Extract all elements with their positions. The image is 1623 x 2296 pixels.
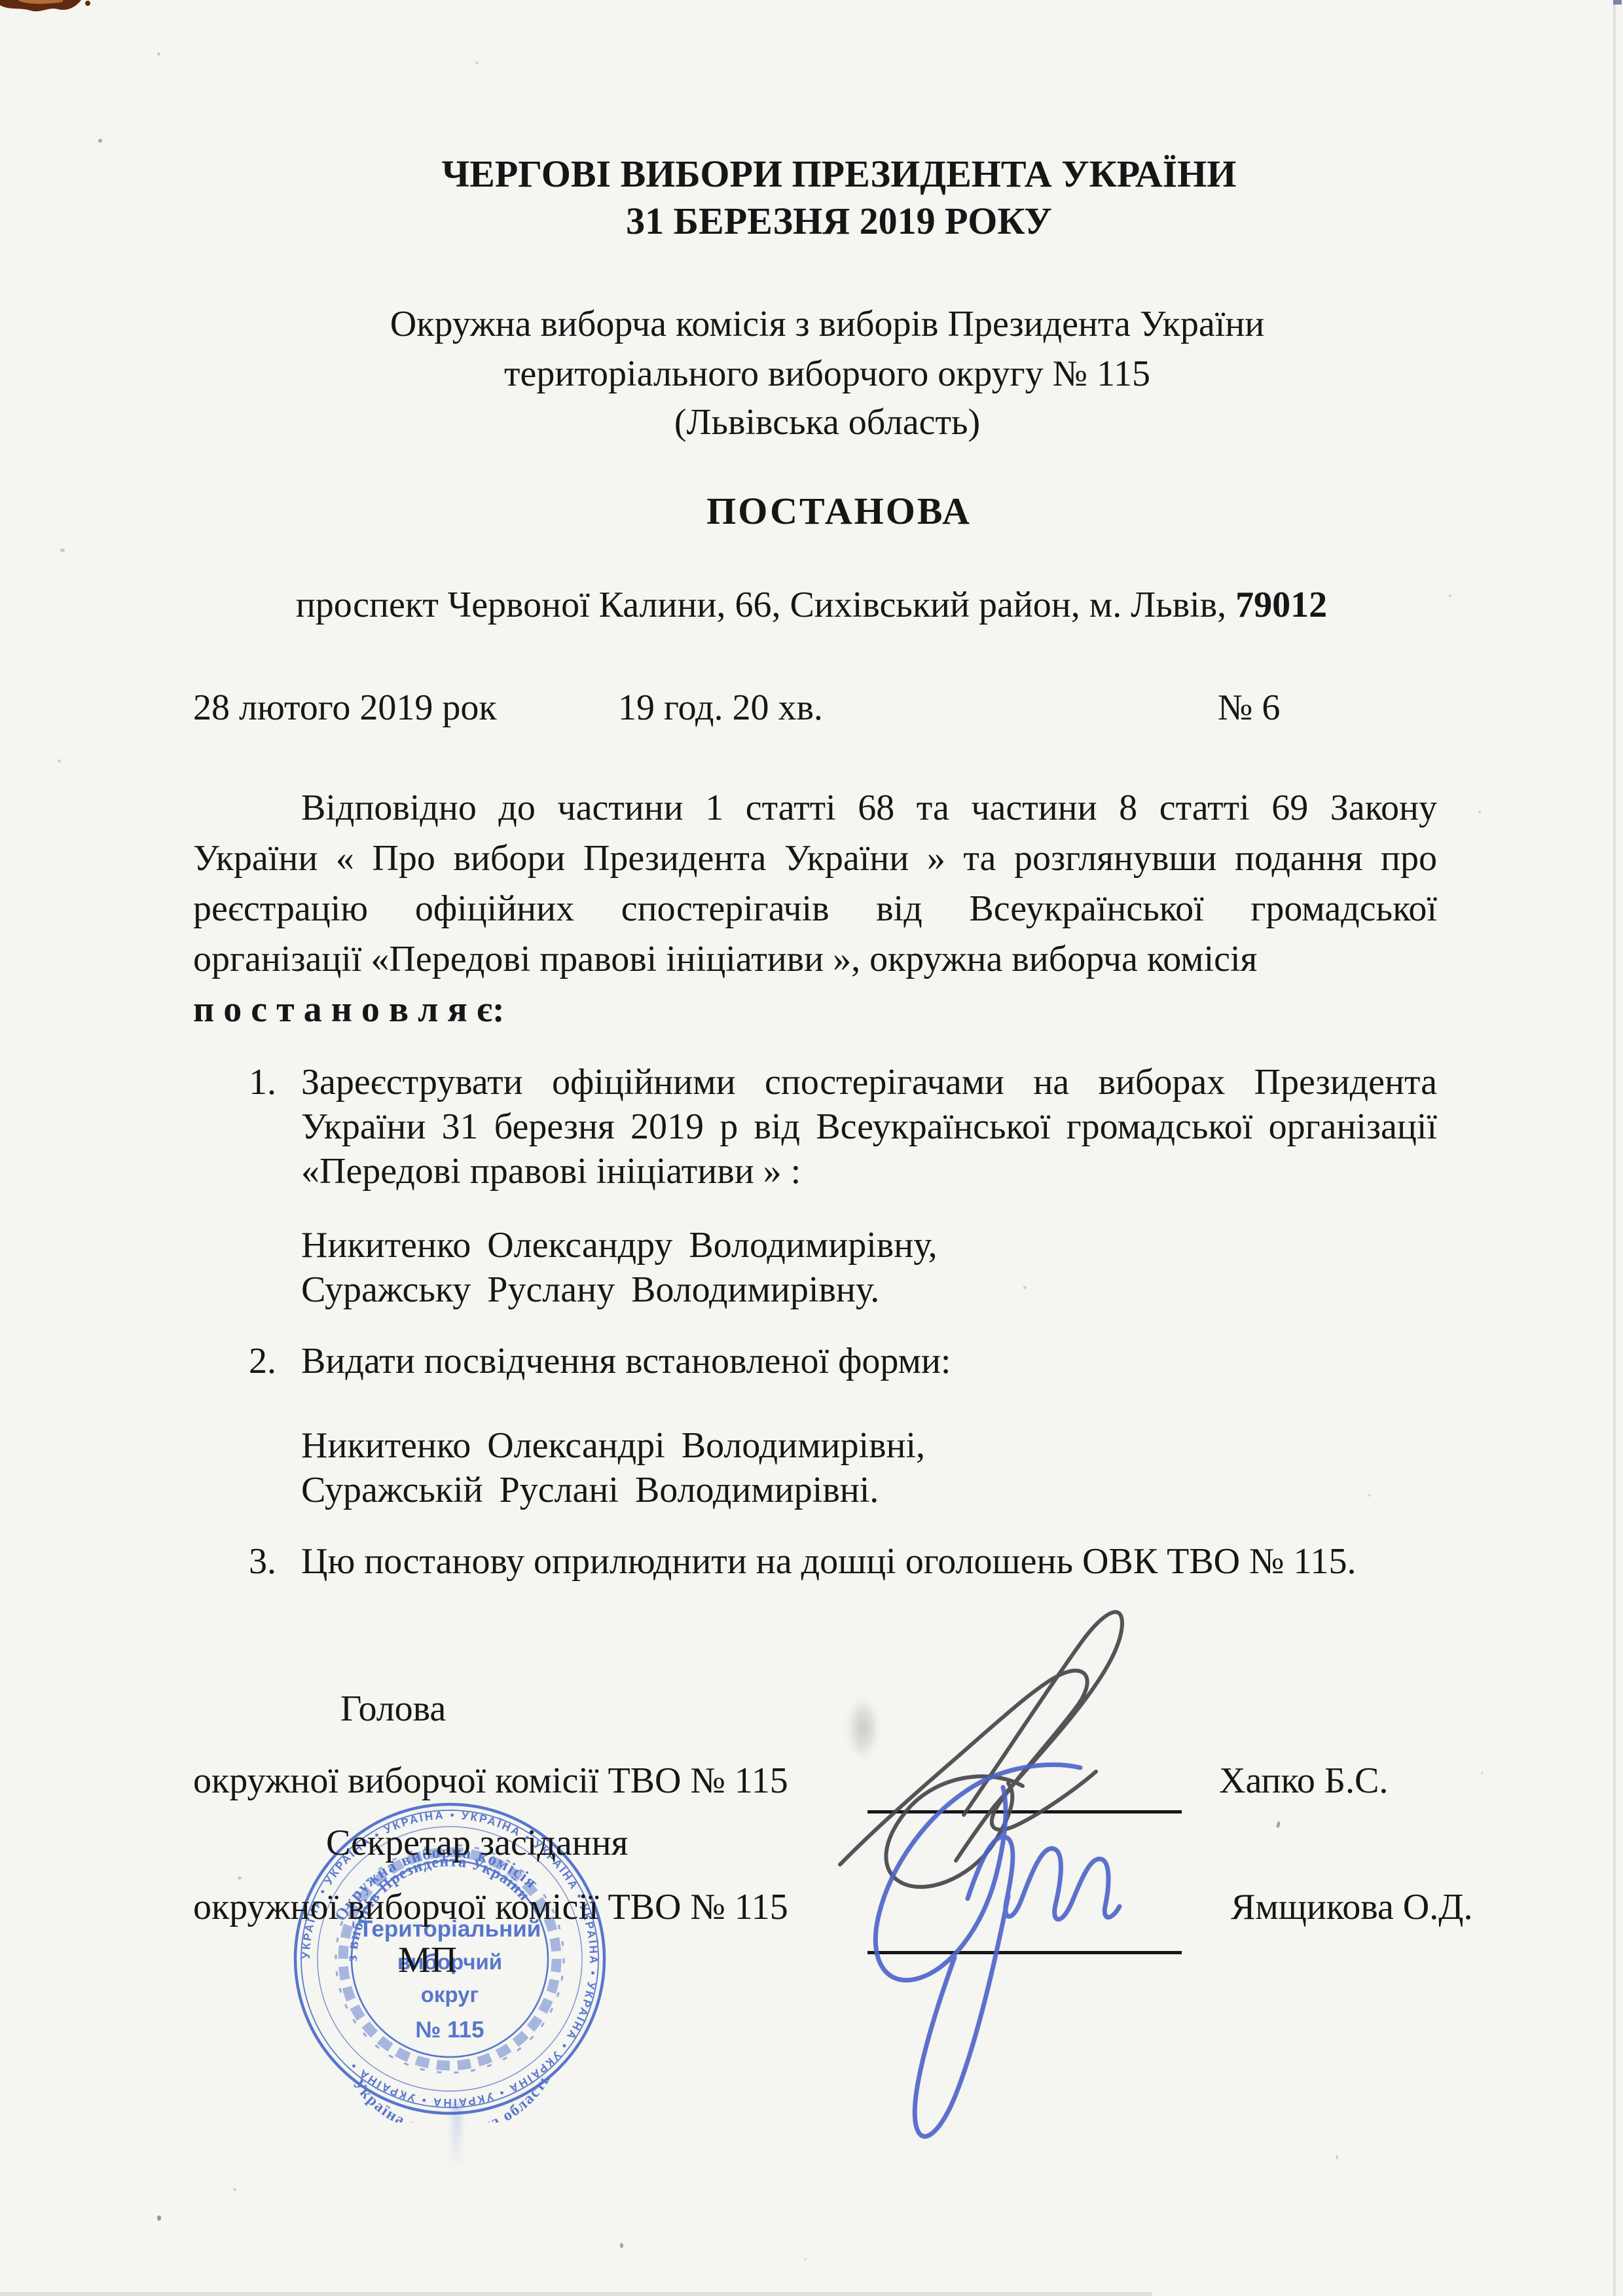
ink-tick-mark bbox=[1276, 1821, 1281, 1829]
secretary-signature-line bbox=[867, 1951, 1182, 1954]
scan-edge-line bbox=[1613, 0, 1616, 2296]
paper-speck bbox=[1481, 1772, 1484, 1774]
paper-speck bbox=[1478, 811, 1481, 813]
scan-edge-mark bbox=[1613, 0, 1622, 5]
item-line: Цю постанову оприлюднити на дошці оголош… bbox=[301, 1539, 1437, 1584]
paper-speck bbox=[233, 2188, 236, 2191]
item-number: 3. bbox=[249, 1539, 276, 1584]
chairman-signature-line bbox=[867, 1810, 1182, 1813]
observer-names-accusative: Никитенко Олександру Володимирівну, Сура… bbox=[301, 1223, 938, 1312]
item-line: Видати посвідчення встановленої форми: bbox=[301, 1339, 1437, 1383]
paper-speck bbox=[1023, 1286, 1027, 1289]
item-line: Зареєструвати офіційними спостерігачами … bbox=[301, 1060, 1437, 1104]
meta-number: № 6 bbox=[1218, 689, 1280, 726]
resolve-keyword: п о с т а н о в л я є: bbox=[193, 985, 1437, 1035]
paper-speck bbox=[157, 2215, 161, 2221]
commission-line3: (Львівська область) bbox=[16, 404, 1623, 441]
secretary-role-line2: окружної виборчої комісії ТВО № 115 bbox=[193, 1889, 788, 1925]
chairman-role-line2: окружної виборчої комісії ТВО № 115 bbox=[193, 1762, 788, 1799]
preamble-line: Відповідно до частини 1 статті 68 та час… bbox=[193, 783, 1437, 833]
item-line: України 31 березня 2019 р від Всеукраїнс… bbox=[301, 1104, 1437, 1149]
list-item-2: 2. Видати посвідчення встановленої форми… bbox=[193, 1339, 1437, 1383]
stamp-center-line4: № 115 bbox=[415, 2017, 484, 2043]
corner-stain bbox=[0, 0, 90, 11]
item-text: Цю постанову оприлюднити на дошці оголош… bbox=[301, 1539, 1437, 1584]
commission-line2: територіального виборчого округу № 115 bbox=[16, 355, 1623, 392]
item-text: Зареєструвати офіційними спостерігачами … bbox=[301, 1060, 1437, 1194]
chairman-role-line1: Голова bbox=[340, 1690, 446, 1727]
observer-names-dative: Никитенко Олександрі Володимирівні, Сура… bbox=[301, 1423, 925, 1512]
item-number: 1. bbox=[249, 1060, 276, 1104]
scanned-resolution-page: УКРАЇНА • УКРАЇНА • УКРАЇНА • УКРАЇНА • … bbox=[0, 0, 1623, 2296]
paper-speck bbox=[157, 52, 160, 56]
observer-name: Никитенко Олександру Володимирівну, bbox=[301, 1223, 938, 1267]
paper-speck bbox=[60, 549, 65, 552]
paper-speck bbox=[475, 62, 479, 64]
chairman-signature bbox=[840, 1612, 1122, 1887]
preamble-paragraph: Відповідно до частини 1 статті 68 та час… bbox=[193, 783, 1437, 1035]
seal-place-mark: МП bbox=[398, 1942, 457, 1978]
paper-speck bbox=[1368, 1494, 1371, 1497]
election-title-line2: 31 БЕРЕЗНЯ 2019 РОКУ bbox=[27, 202, 1623, 240]
paper-speck bbox=[58, 759, 61, 763]
meta-date: 28 лютого 2019 рок bbox=[193, 689, 497, 726]
chairman-name: Хапко Б.С. bbox=[1219, 1762, 1388, 1799]
list-item-1: 1. Зареєструвати офіційними спостерігача… bbox=[193, 1060, 1437, 1194]
preamble-line: України « Про вибори Президента України … bbox=[193, 833, 1437, 884]
preamble-line: реєстрацію офіційних спостерігачів від В… bbox=[193, 884, 1437, 934]
list-item-3: 3. Цю постанову оприлюднити на дошці ого… bbox=[193, 1539, 1437, 1584]
preamble-line: організації «Передові правові ініціативи… bbox=[193, 934, 1437, 985]
stamp-center-line3: округ bbox=[421, 1982, 479, 2007]
secretary-name: Ямщикова О.Д. bbox=[1231, 1889, 1472, 1925]
item-text: Видати посвідчення встановленої форми: bbox=[301, 1339, 1437, 1383]
paper-speck bbox=[804, 2258, 807, 2261]
address-text: проспект Червоної Калини, 66, Сихівський… bbox=[296, 585, 1235, 625]
pencil-smudge bbox=[850, 1702, 876, 1755]
item-number: 2. bbox=[249, 1339, 276, 1383]
scan-bottom-edge bbox=[0, 2292, 1152, 2296]
document-type-title: ПОСТАНОВА bbox=[27, 492, 1623, 530]
secretary-role-line1: Секретар засідання bbox=[326, 1825, 628, 1861]
observer-name: Никитенко Олександрі Володимирівні, bbox=[301, 1423, 925, 1468]
paper-speck bbox=[1336, 2155, 1338, 2159]
observer-name: Суражській Руслані Володимирівні. bbox=[301, 1468, 925, 1512]
commission-line1: Окружна виборча комісія з виборів Презид… bbox=[16, 306, 1623, 342]
election-title-line1: ЧЕРГОВІ ВИБОРИ ПРЕЗИДЕНТА УКРАЇНИ bbox=[27, 155, 1623, 193]
paper-speck bbox=[620, 2243, 623, 2248]
postal-code: 79012 bbox=[1235, 585, 1327, 625]
paper-speck bbox=[238, 1876, 242, 1880]
address-line: проспект Червоної Калини, 66, Сихівський… bbox=[0, 587, 1623, 623]
meta-time: 19 год. 20 хв. bbox=[618, 689, 823, 726]
paper-speck bbox=[98, 139, 102, 143]
item-line: «Передові правові ініціативи » : bbox=[301, 1149, 1437, 1194]
observer-name: Суражську Руслану Володимирівну. bbox=[301, 1267, 938, 1312]
